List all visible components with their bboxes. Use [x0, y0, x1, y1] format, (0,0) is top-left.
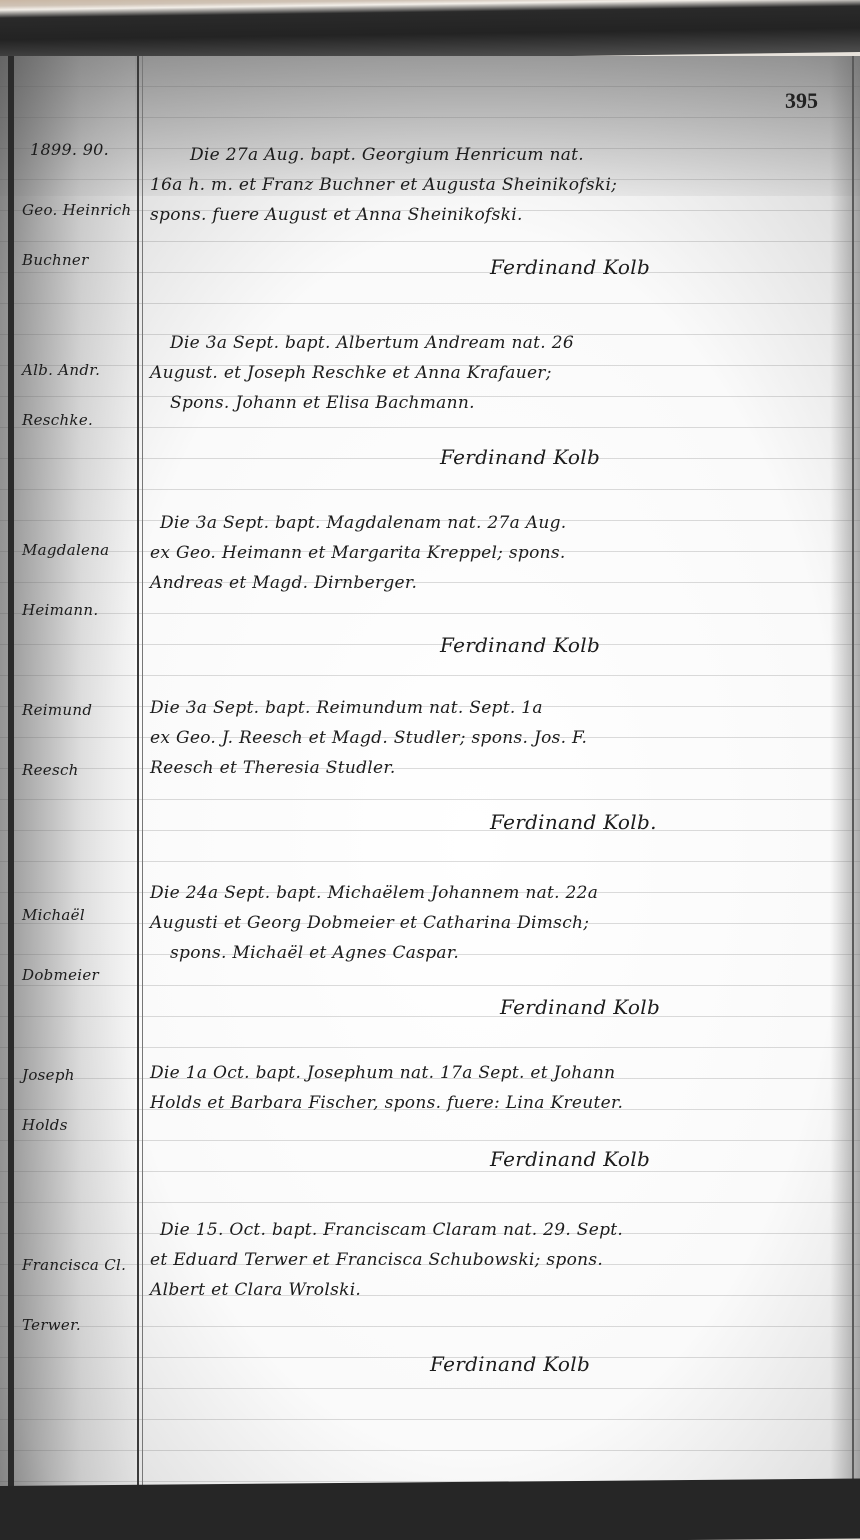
- entry-line: Die 1a Oct. bapt. Josephum nat. 17a Sept…: [150, 1058, 840, 1088]
- entry-line: spons. Michaël et Agnes Caspar.: [150, 938, 840, 968]
- entry-line: Holds et Barbara Fischer, spons. fuere: …: [150, 1088, 840, 1118]
- margin-surname: Heimann.: [22, 590, 137, 630]
- entry-line: 16a h. m. et Franz Buchner et Augusta Sh…: [150, 170, 840, 200]
- margin-surname: Reesch: [22, 750, 137, 790]
- baptism-entry-3: Die 3a Sept. bapt. Magdalenam nat. 27a A…: [150, 508, 840, 598]
- priest-signature: Ferdinand Kolb: [490, 1147, 650, 1171]
- margin-name-entry-7: Francisca Cl. Terwer.: [22, 1245, 137, 1345]
- priest-signature: Ferdinand Kolb: [500, 995, 660, 1019]
- entry-line: Die 3a Sept. bapt. Albertum Andream nat.…: [150, 328, 840, 358]
- margin-name-entry-2: Alb. Andr. Reschke.: [22, 350, 137, 440]
- entry-line: ex Geo. J. Reesch et Magd. Studler; spon…: [150, 723, 840, 753]
- margin-given-name: Magdalena: [22, 530, 137, 570]
- margin-surname: Dobmeier: [22, 955, 137, 995]
- entry-line: Die 15. Oct. bapt. Franciscam Claram nat…: [150, 1215, 840, 1245]
- entry-line: Die 3a Sept. bapt. Magdalenam nat. 27a A…: [150, 508, 840, 538]
- scan-bottom-edge: [0, 1478, 860, 1540]
- entry-line: Die 24a Sept. bapt. Michaëlem Johannem n…: [150, 878, 840, 908]
- baptism-entry-4: Die 3a Sept. bapt. Reimundum nat. Sept. …: [150, 693, 840, 783]
- priest-signature: Ferdinand Kolb: [440, 445, 600, 469]
- margin-surname: Terwer.: [22, 1305, 137, 1345]
- priest-signature: Ferdinand Kolb: [430, 1352, 590, 1376]
- margin-surname: Reschke.: [22, 400, 137, 440]
- outer-rule: [8, 56, 14, 1486]
- right-rule: [852, 56, 854, 1486]
- margin-given-name: Joseph: [22, 1055, 137, 1095]
- margin-given-name: Geo. Heinrich: [22, 190, 137, 230]
- margin-given-name: Alb. Andr.: [22, 350, 137, 390]
- priest-signature: Ferdinand Kolb.: [490, 810, 657, 834]
- margin-given-name: Reimund: [22, 690, 137, 730]
- entry-line: et Eduard Terwer et Francisca Schubowski…: [150, 1245, 840, 1275]
- margin-column-rule: [137, 56, 139, 1486]
- entry-line: Die 27a Aug. bapt. Georgium Henricum nat…: [150, 140, 840, 170]
- entry-line: spons. fuere August et Anna Sheinikofski…: [150, 200, 840, 230]
- entry-line: Reesch et Theresia Studler.: [150, 753, 840, 783]
- entry-line: ex Geo. Heimann et Margarita Kreppel; sp…: [150, 538, 840, 568]
- scan-top-edge: [0, 0, 860, 64]
- entry-line: Augusti et Georg Dobmeier et Catharina D…: [150, 908, 840, 938]
- baptism-entry-2: Die 3a Sept. bapt. Albertum Andream nat.…: [150, 328, 840, 418]
- margin-name-entry-5: Michaël Dobmeier: [22, 895, 137, 995]
- entry-line: Die 3a Sept. bapt. Reimundum nat. Sept. …: [150, 693, 840, 723]
- margin-name-entry-3: Magdalena Heimann.: [22, 530, 137, 630]
- page-number: 395: [785, 88, 818, 114]
- baptism-entry-1: Die 27a Aug. bapt. Georgium Henricum nat…: [150, 140, 840, 230]
- entry-line: August. et Joseph Reschke et Anna Krafau…: [150, 358, 840, 388]
- margin-surname: Holds: [22, 1105, 137, 1145]
- margin-given-name: Michaël: [22, 895, 137, 935]
- baptism-entry-6: Die 1a Oct. bapt. Josephum nat. 17a Sept…: [150, 1058, 840, 1118]
- priest-signature: Ferdinand Kolb: [490, 255, 650, 279]
- margin-name-entry-1: Geo. Heinrich Buchner: [22, 190, 137, 280]
- margin-column-rule-inner: [142, 56, 143, 1486]
- entry-line: Andreas et Magd. Dirnberger.: [150, 568, 840, 598]
- margin-given-name: Francisca Cl.: [22, 1245, 137, 1285]
- priest-signature: Ferdinand Kolb: [440, 633, 600, 657]
- baptism-entry-5: Die 24a Sept. bapt. Michaëlem Johannem n…: [150, 878, 840, 968]
- baptism-entry-7: Die 15. Oct. bapt. Franciscam Claram nat…: [150, 1215, 840, 1305]
- margin-surname: Buchner: [22, 240, 137, 280]
- entry-line: Spons. Johann et Elisa Bachmann.: [150, 388, 840, 418]
- year-note: 1899. 90.: [30, 140, 109, 159]
- entry-line: Albert et Clara Wrolski.: [150, 1275, 840, 1305]
- margin-name-entry-6: Joseph Holds: [22, 1055, 137, 1145]
- margin-name-entry-4: Reimund Reesch: [22, 690, 137, 790]
